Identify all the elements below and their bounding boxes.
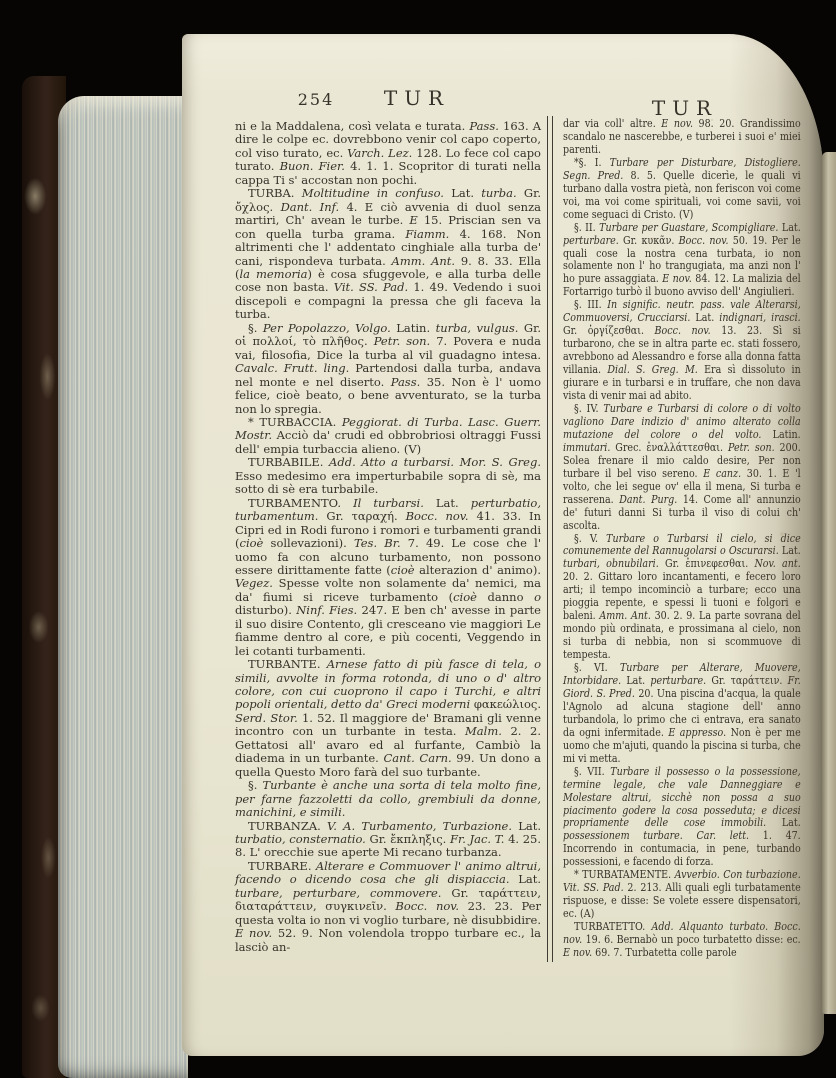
dictionary-paragraph: TURBANZA. V. A. Turbamento, Turbazione. … xyxy=(235,820,541,860)
dictionary-paragraph: §. VI. Turbare per Alterare, Muovere, In… xyxy=(563,662,801,766)
dictionary-paragraph: §. III. In signific. neutr. pass. vale A… xyxy=(563,299,801,403)
dictionary-paragraph: * TURBATAMENTE. Avverbio. Con turbazione… xyxy=(563,869,801,921)
page-number: 254 xyxy=(286,90,346,109)
dictionary-paragraph: TURBANTE. Arnese fatto di più fasce di t… xyxy=(235,658,541,779)
dictionary-paragraph: §. VII. Turbare il possesso o la possess… xyxy=(563,766,801,870)
dictionary-paragraph: §. V. Turbare o Turbarsi il cielo, si di… xyxy=(563,533,801,663)
adjacent-page-edge xyxy=(822,152,836,1014)
text-column-left: ni e la Maddalena, così velata e turata.… xyxy=(235,120,541,954)
dictionary-paragraph: §. Turbante è anche una sorta di tela mo… xyxy=(235,779,541,819)
text-column-right: dar via coll' altre. E nov. 98. 20. Gran… xyxy=(563,118,801,960)
dictionary-paragraph: §. Per Popolazzo, Volgo. Latin. turba, v… xyxy=(235,322,541,416)
column-divider-rule xyxy=(547,116,553,962)
scan-background: 254 TUR TUR ni e la Maddalena, così vela… xyxy=(0,0,836,1078)
dictionary-paragraph: TURBABILE. Add. Atto a turbarsi. Mor. S.… xyxy=(235,456,541,496)
dictionary-paragraph: TURBARE. Alterare e Commuover l' animo a… xyxy=(235,860,541,954)
book-page: 254 TUR TUR ni e la Maddalena, così vela… xyxy=(182,34,824,1056)
dictionary-paragraph: * TURBACCIA. Peggiorat. di Turba. Lasc. … xyxy=(235,416,541,456)
dictionary-paragraph: TURBATETTO. Add. Alquanto turbato. Bocc.… xyxy=(563,921,801,960)
dictionary-paragraph: dar via coll' altre. E nov. 98. 20. Gran… xyxy=(563,118,801,157)
running-head-left: TUR xyxy=(362,86,472,110)
dictionary-paragraph: TURBA. Moltitudine in confuso. Lat. turb… xyxy=(235,187,541,322)
dictionary-paragraph: TURBAMENTO. Il turbarsi. Lat. perturbati… xyxy=(235,497,541,658)
dictionary-paragraph: §. IV. Turbare e Turbarsi di colore o di… xyxy=(563,403,801,533)
dictionary-paragraph: ni e la Maddalena, così velata e turata.… xyxy=(235,120,541,187)
dictionary-paragraph: *§. I. Turbare per Disturbare, Distoglie… xyxy=(563,157,801,222)
page-fore-edges xyxy=(58,96,188,1078)
dictionary-paragraph: §. II. Turbare per Guastare, Scompigliar… xyxy=(563,222,801,300)
